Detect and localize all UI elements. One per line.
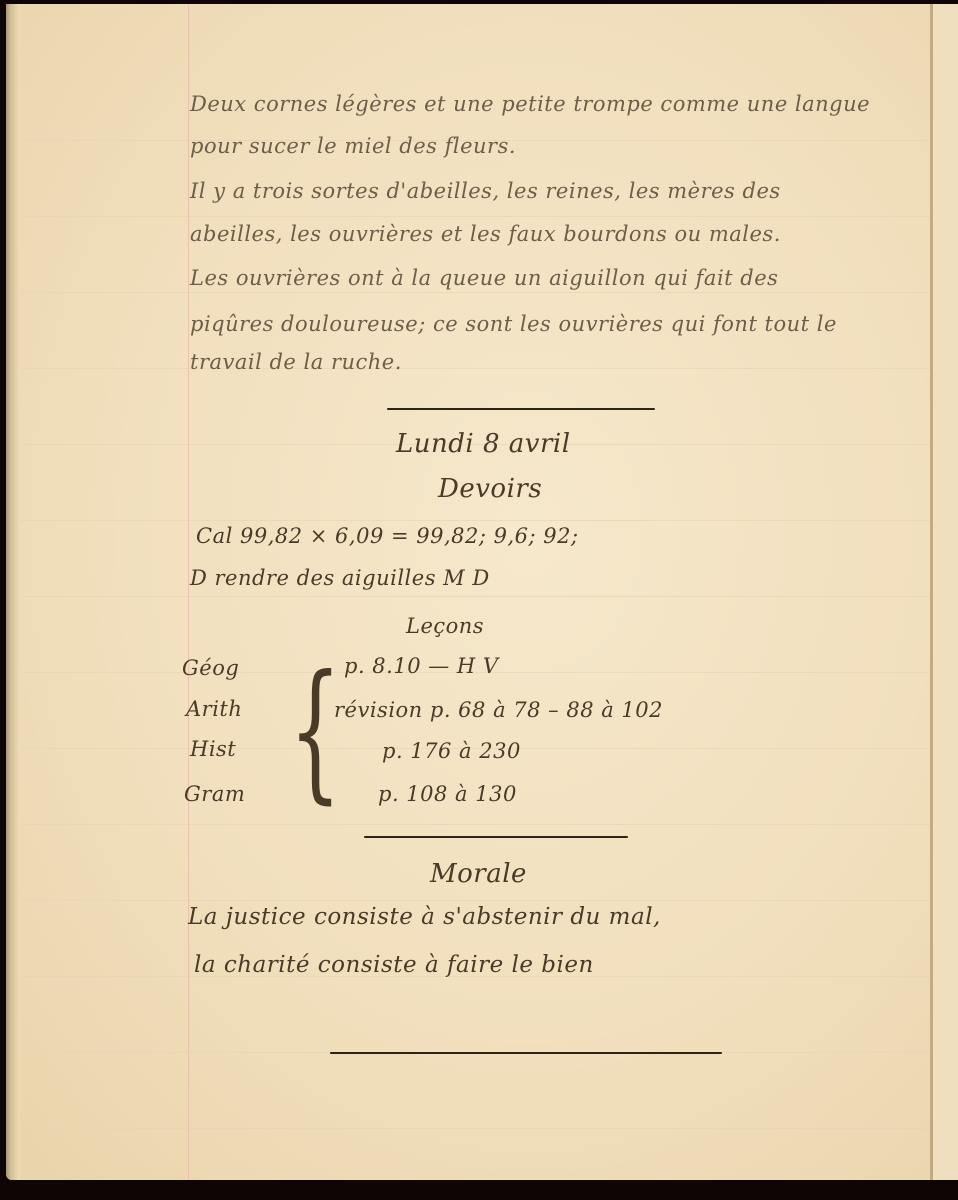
devoirs-line: Cal 99,82 × 6,09 = 99,82; 9,6; 92; — [196, 524, 579, 548]
lecon-subject: Hist — [190, 737, 236, 761]
ruled-line — [20, 520, 930, 521]
devoirs-line: D rendre des aiguilles M D — [190, 566, 490, 590]
paragraph-line: Deux cornes légères et une petite trompe… — [190, 92, 870, 116]
section-divider — [387, 408, 655, 410]
paragraph-line: travail de la ruche. — [190, 350, 402, 374]
ruled-line — [20, 368, 930, 369]
morale-heading: Morale — [430, 859, 527, 889]
lecon-detail: p. 108 à 130 — [378, 782, 517, 806]
ruled-line — [20, 216, 930, 217]
ruled-line — [20, 596, 930, 597]
lecon-detail: révision p. 68 à 78 – 88 à 102 — [334, 698, 663, 722]
ruled-line — [20, 900, 930, 901]
next-page-strip — [933, 4, 958, 1180]
curly-brace: { — [289, 656, 341, 806]
morale-line: la charité consiste à faire le bien — [194, 952, 594, 978]
notebook-page: Deux cornes légères et une petite trompe… — [6, 4, 958, 1180]
ruled-line — [20, 824, 930, 825]
morale-line: La justice consiste à s'abstenir du mal, — [188, 904, 661, 930]
page-stack-edge — [6, 4, 20, 1180]
date-heading: Lundi 8 avril — [396, 429, 571, 459]
lecon-subject: Gram — [184, 782, 245, 806]
paragraph-line: pour sucer le miel des fleurs. — [190, 134, 516, 158]
lecon-detail: p. 176 à 230 — [382, 739, 521, 763]
paragraph-line: Il y a trois sortes d'abeilles, les rein… — [190, 179, 781, 203]
lecons-heading: Leçons — [406, 614, 484, 638]
lecon-subject: Arith — [186, 697, 242, 721]
section-divider — [364, 836, 628, 838]
margin-line — [188, 4, 189, 1180]
lecon-detail: p. 8.10 — H V — [344, 654, 499, 678]
section-divider — [330, 1052, 722, 1054]
ruled-line — [20, 292, 930, 293]
devoirs-heading: Devoirs — [438, 474, 542, 504]
lecon-subject: Géog — [182, 656, 239, 680]
paragraph-line: abeilles, les ouvrières et les faux bour… — [190, 222, 781, 246]
paragraph-line: Les ouvrières ont à la queue un aiguillo… — [190, 266, 778, 290]
ruled-line — [20, 1128, 930, 1129]
paragraph-line: piqûres douloureuse; ce sont les ouvrièr… — [190, 312, 837, 336]
